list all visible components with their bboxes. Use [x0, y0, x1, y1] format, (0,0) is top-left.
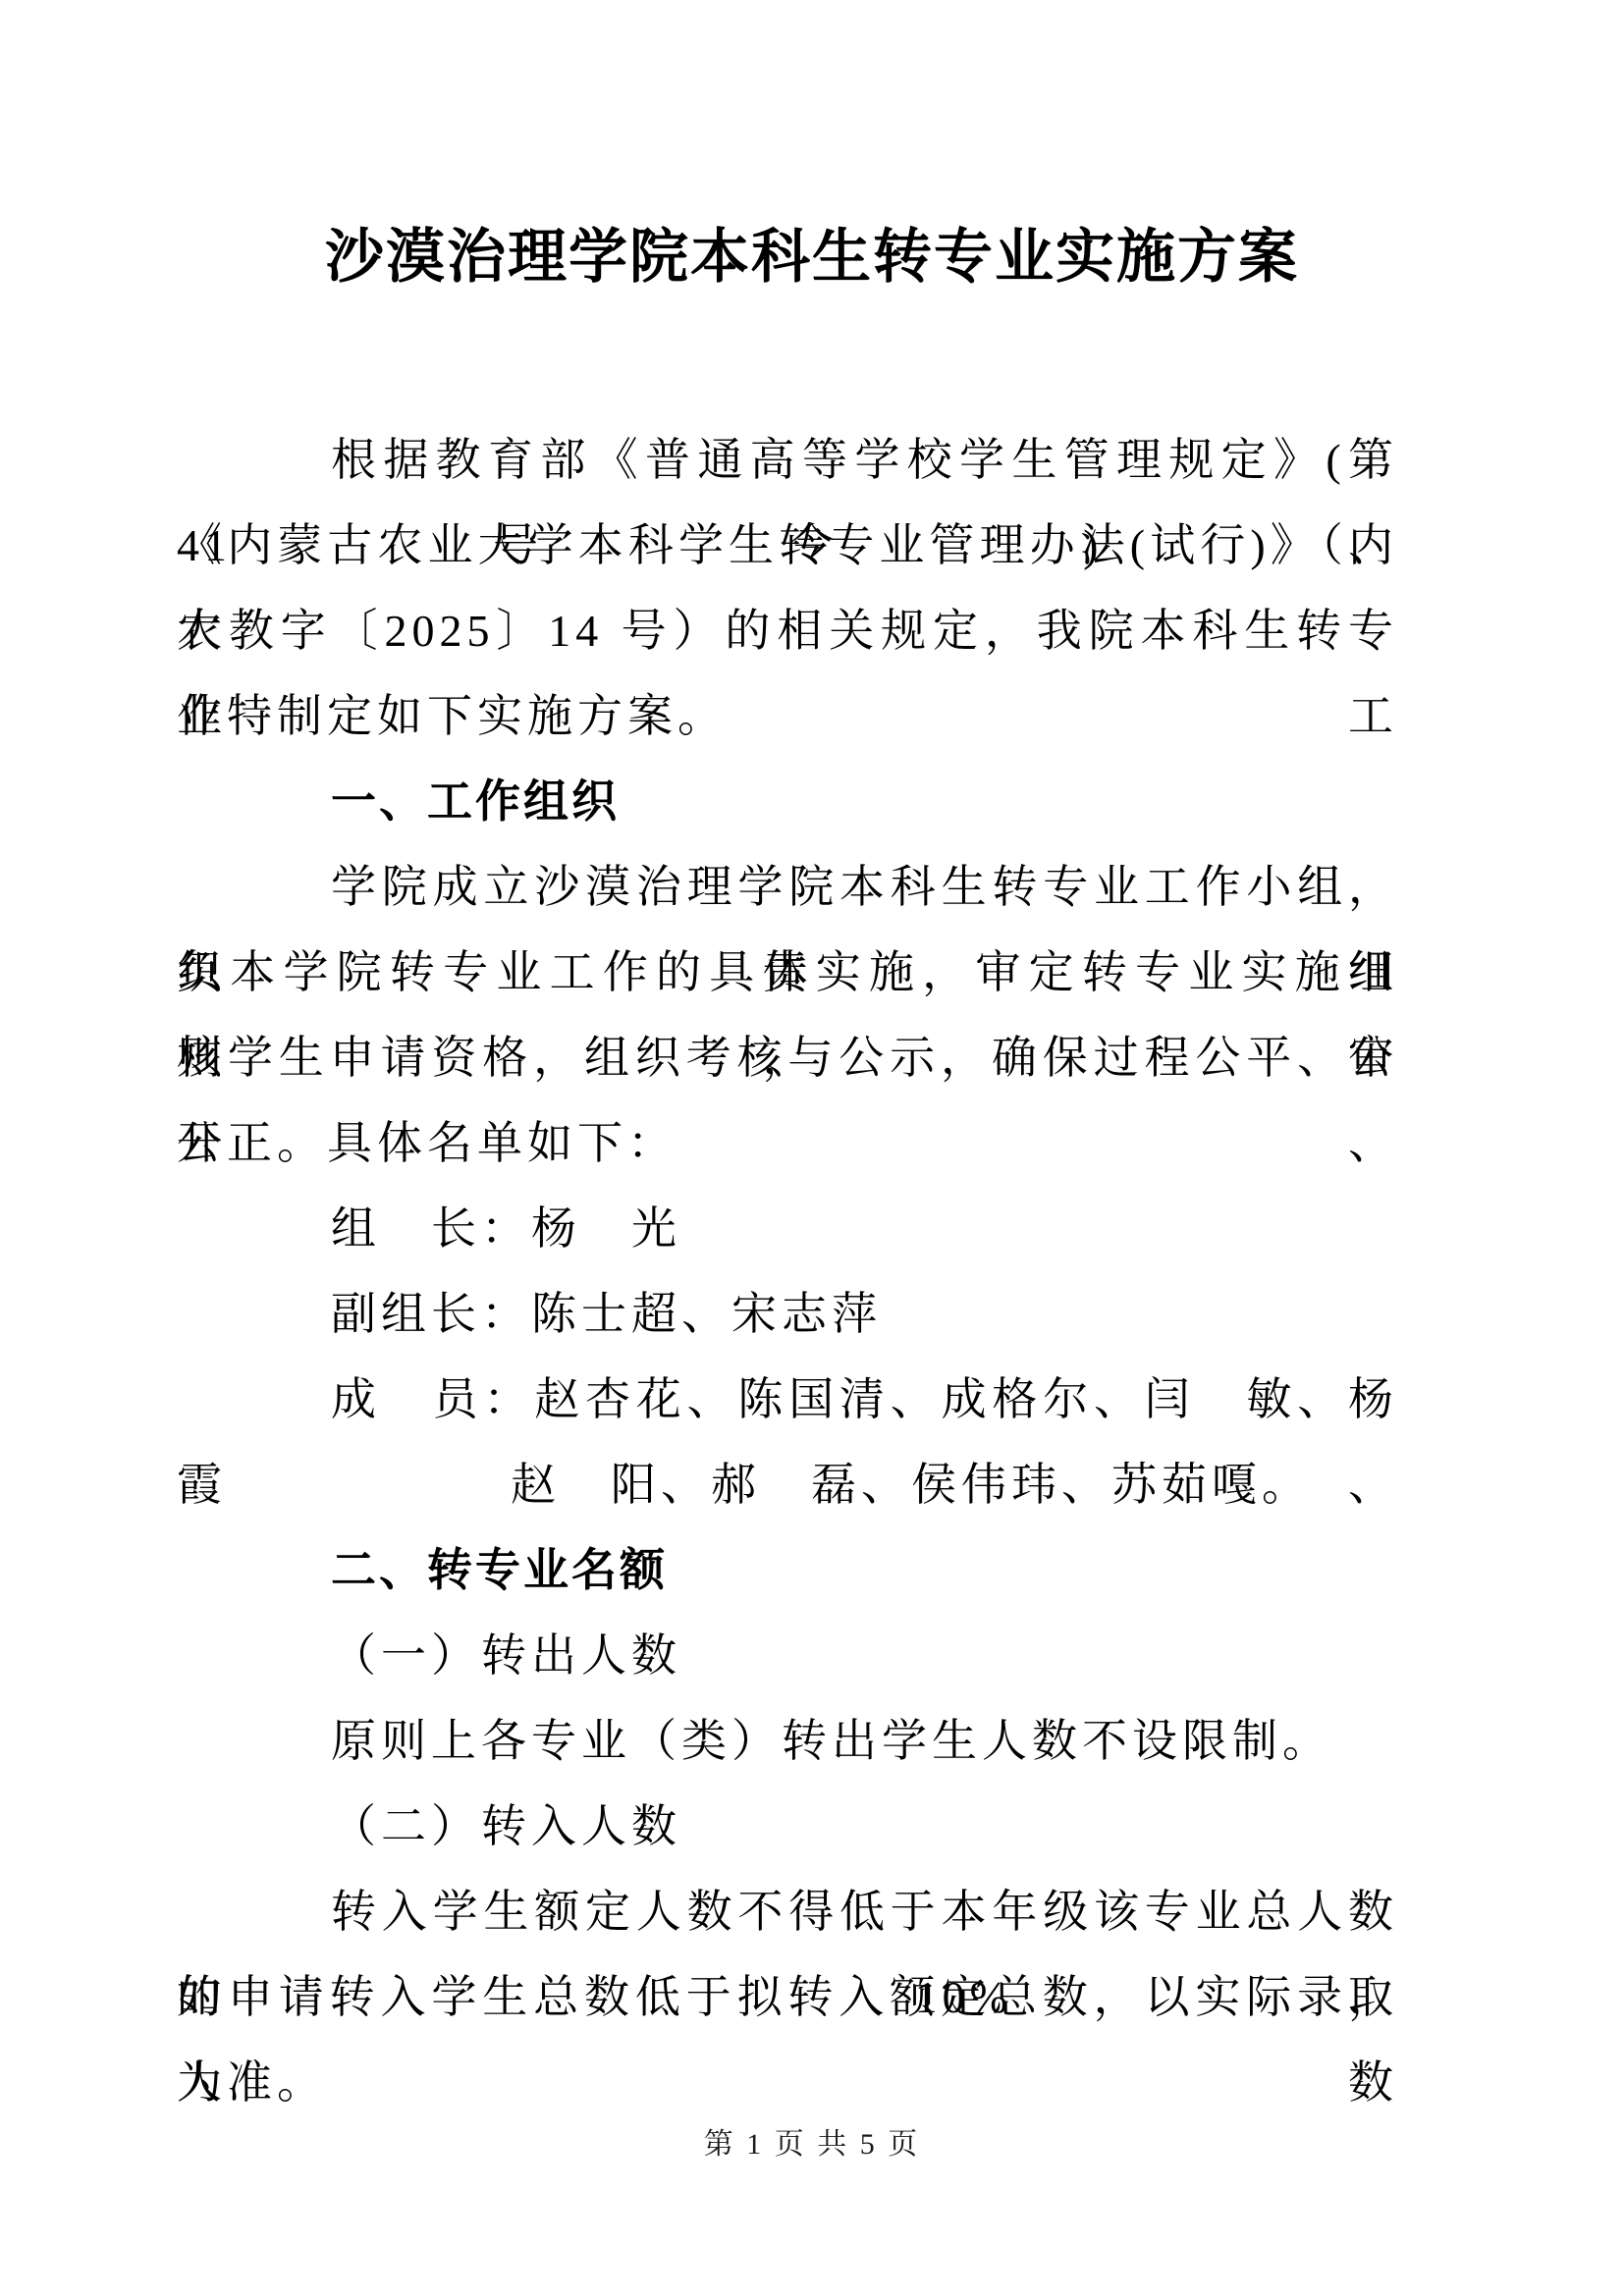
- text-line: 为准。: [177, 2040, 1398, 2125]
- list-item-members-continued: 赵 阳、郝 磊、侯伟玮、苏茹嘎。: [177, 1442, 1398, 1527]
- text-line: 如申请转入学生总数低于拟转入额定总数，以实际录取人数: [177, 1954, 1398, 2040]
- document-title: 沙漠治理学院本科生转专业实施方案: [0, 208, 1624, 306]
- text-line: 学院成立沙漠治理学院本科生转专业工作小组，负责组: [177, 844, 1398, 930]
- list-item-leader: 组 长：杨 光: [177, 1186, 1398, 1271]
- document-page: 沙漠治理学院本科生转专业实施方案 根据教育部《普通高等学校学生管理规定》(第 4…: [0, 0, 1624, 2296]
- list-item-deputy: 副组长：陈士超、宋志萍: [177, 1271, 1398, 1357]
- section-heading: 二、转专业名额: [177, 1527, 1398, 1613]
- text-line: 原则上各专业（类）转出学生人数不设限制。: [177, 1698, 1398, 1784]
- section-heading: 一、工作组织: [177, 759, 1398, 844]
- page-number-footer: 第 1 页 共 5 页: [0, 2120, 1624, 2169]
- text-line: 大教字〔2025〕14 号）的相关规定，我院本科生转专业工: [177, 588, 1398, 673]
- sub-heading: （二）转入人数: [177, 1784, 1398, 1869]
- text-line: 公正。具体名单如下：: [177, 1100, 1398, 1186]
- text-line: 织本学院转专业工作的具体实施，审定转专业实施细则，审: [177, 930, 1398, 1015]
- text-line: 核学生申请资格，组织考核与公示，确保过程公平、公开、: [177, 1015, 1398, 1100]
- text-line: 转入学生额定人数不得低于本年级该专业总人数的 10%，: [177, 1869, 1398, 1954]
- text-line: 根据教育部《普通高等学校学生管理规定》(第 41 号令)、: [177, 417, 1398, 503]
- text-line: 《内蒙古农业大学本科学生转专业管理办法(试行)》（内农: [177, 503, 1398, 588]
- sub-heading: （一）转出人数: [177, 1613, 1398, 1698]
- text-line: 作特制定如下实施方案。: [177, 673, 1398, 759]
- list-item-members: 成 员：赵杏花、陈国清、成格尔、闫 敏、杨 霞、: [177, 1357, 1398, 1442]
